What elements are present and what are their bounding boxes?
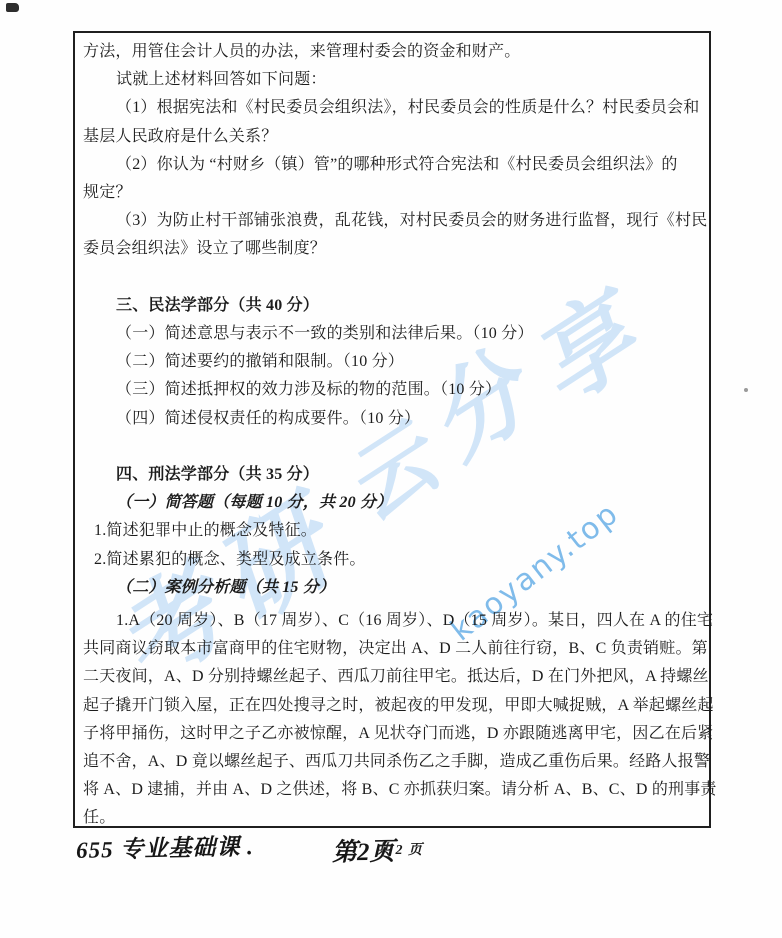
doc-line: （3）为防止村干部铺张浪费，乱花钱，对村民委员会的财务进行监督，现行《村民 [116,207,703,235]
subsection-heading: （二）案例分析题（共 15 分） [116,574,703,602]
doc-line: （1）根据宪法和《村民委员会组织法》，村民委员会的性质是什么？村民委员会和 [116,94,703,122]
scan-speck [6,3,19,12]
doc-line: 委员会组织法》设立了哪些制度？ [83,235,703,263]
case-text-line: 起子撬开门锁入屋，正在四处搜寻之时，被起夜的甲发现，甲即大喊捉贼，A 举起螺丝起 [83,692,703,720]
document-body: 方法，用管住会计人员的办法，来管理村委会的资金和财产。 试就上述材料回答如下问题… [75,33,709,826]
doc-line: 方法，用管住会计人员的办法，来管理村委会的资金和财产。 [83,38,703,66]
case-text-line: 将 A、D 逮捕，并由 A、D 之供述，将 B、C 亦抓获归案。请分析 A、B、… [83,776,703,804]
question-line: （二）简述要约的撤销和限制。（10 分） [116,348,703,376]
footer-total-pages: 共 2 页 [376,839,423,859]
doc-line: （2）你认为 “村财乡（镇）管”的哪种形式符合宪法和《村民委员会组织法》的 [116,151,703,179]
case-text-line: 追不舍，A、D 竟以螺丝起子、西瓜刀共同杀伤乙之手脚，造成乙重伤后果。经路人报警 [83,748,703,776]
footer-course-note: 655 专业基础课 . [76,828,254,865]
doc-line: 规定？ [83,179,703,207]
scanned-exam-page: 考 研 云 分 享 kaoyany.top 方法，用管住会计人员的办法，来管理村… [0,0,782,938]
question-line: （三）简述抵押权的效力涉及标的物的范围。（10 分） [116,376,703,404]
section-heading-criminal-law: 四、刑法学部分（共 35 分） [116,461,703,489]
case-text-line: 共同商议窃取本市富商甲的住宅财物，决定出 A、D 二人前往行窃，B、C 负责销赃… [83,635,703,663]
question-line: 2.简述累犯的概念、类型及成立条件。 [94,546,703,574]
blank-line [83,433,703,461]
blank-line [83,264,703,292]
case-text-line: 子将甲捅伤，这时甲之子乙亦被惊醒，A 见状夺门而逃，D 亦跟随逃离甲宅，因乙在后… [83,720,703,748]
scan-speck [744,388,748,392]
section-heading-civil-law: 三、民法学部分（共 40 分） [116,292,703,320]
subsection-heading: （一）简答题（每题 10 分，共 20 分） [116,489,703,517]
doc-line: 基层人民政府是什么关系？ [83,123,703,151]
question-line: （四）简述侵权责任的构成要件。（10 分） [116,405,703,433]
question-line: （一）简述意思与表示不一致的类别和法律后果。（10 分） [116,320,703,348]
case-text-line: 二天夜间，A、D 分别持螺丝起子、西瓜刀前往甲宅。抵达后，D 在门外把风，A 持… [83,663,703,691]
question-line: 1.简述犯罪中止的概念及特征。 [94,517,703,545]
doc-line: 试就上述材料回答如下问题： [116,66,703,94]
case-text-line: 任。 [83,804,703,832]
case-text-line: 1.A（20 周岁）、B（17 周岁）、C（16 周岁）、D（15 周岁）。某日… [116,607,703,635]
